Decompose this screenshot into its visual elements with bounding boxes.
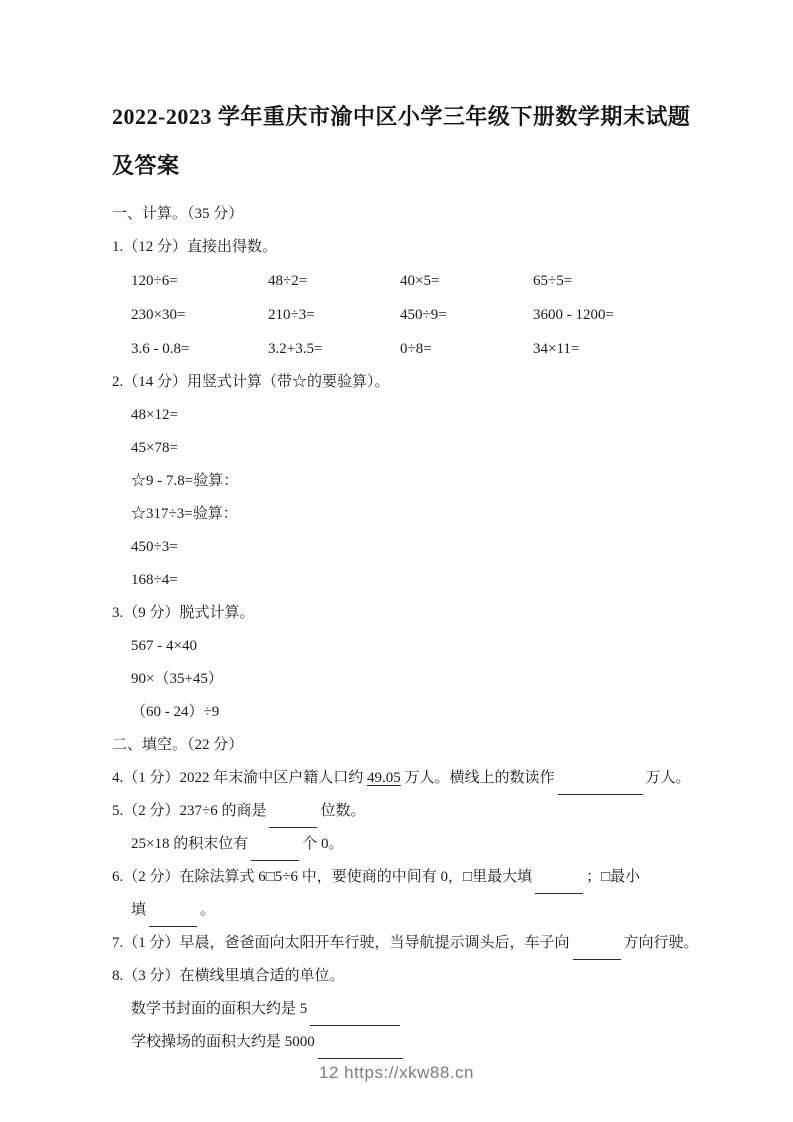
q8-line1-prefix: 数学书封面的面积大约是 5 — [131, 1001, 307, 1017]
page-title-line1: 2022-2023 学年重庆市渝中区小学三年级下册数学期末试题 — [112, 104, 690, 129]
q1-expression: 230×30= — [131, 298, 268, 332]
exam-page: 2022-2023 学年重庆市渝中区小学三年级下册数学期末试题及答案 一、计算。… — [0, 0, 793, 1122]
q4-mid: 万人。横线上的数读作 — [401, 770, 555, 786]
q2-expression: ☆317÷3=验算： — [112, 498, 707, 531]
q6-line1-suffix: ；□最小 — [586, 869, 640, 885]
fill-blank — [573, 943, 621, 960]
q5-line2-prefix: 25×18 的积末位有 — [131, 836, 248, 852]
page-title: 2022-2023 学年重庆市渝中区小学三年级下册数学期末试题及答案 — [112, 92, 707, 190]
q1-expression: 3600 - 1200= — [533, 298, 707, 332]
q1-label: 1.（12 分）直接出得数。 — [112, 231, 707, 264]
q6-line2-prefix: 填 — [131, 902, 146, 918]
page-title-line2: 及答案 — [112, 153, 180, 178]
q6-text-line2: 填。 — [112, 894, 707, 927]
q7-prefix: 7.（1 分）早晨，爸爸面向太阳开车行驶，当导航提示调头后，车子向 — [112, 935, 570, 951]
q1-expression: 0÷8= — [400, 332, 533, 366]
q2-expression: 45×78= — [112, 432, 707, 465]
q1-expression: 34×11= — [533, 332, 707, 366]
q5-text-line2: 25×18 的积末位有个 0。 — [112, 828, 707, 861]
q2-expression: 48×12= — [112, 399, 707, 432]
q3-expression: （60 - 24）÷9 — [112, 696, 707, 729]
q1-expression: 210÷3= — [268, 298, 400, 332]
q1-expression: 450÷9= — [400, 298, 533, 332]
q1-expression: 120÷6= — [131, 264, 268, 298]
q8-text-line2: 学校操场的面积大约是 5000 — [112, 1026, 707, 1059]
q2-expression: ☆9 - 7.8=验算： — [112, 465, 707, 498]
q8-text-line1: 数学书封面的面积大约是 5 — [112, 993, 707, 1026]
fill-blank — [318, 1042, 403, 1059]
q1-expression: 40×5= — [400, 264, 533, 298]
q6-line2-suffix: 。 — [200, 902, 215, 918]
q6-line1-prefix: 6.（2 分）在除法算式 6□5÷6 中，要使商的中间有 0，□里最大填 — [112, 869, 532, 885]
q5-line1-suffix: 位数。 — [320, 803, 365, 819]
fill-blank — [269, 811, 317, 828]
q3-label: 3.（9 分）脱式计算。 — [112, 597, 707, 630]
q1-expression: 48÷2= — [268, 264, 400, 298]
q4-suffix: 万人。 — [646, 770, 691, 786]
q8-line2-prefix: 学校操场的面积大约是 5000 — [131, 1034, 315, 1050]
fill-blank — [558, 778, 643, 795]
fill-blank — [310, 1009, 400, 1026]
q3-expression: 567 - 4×40 — [112, 630, 707, 663]
section2-heading: 二、填空。（22 分） — [112, 729, 707, 762]
q1-expression: 3.6 - 0.8= — [131, 332, 268, 366]
fill-blank — [535, 877, 583, 894]
q1-expression-grid: 120÷6= 48÷2= 40×5= 65÷5= 230×30= 210÷3= … — [131, 264, 707, 366]
q8-label: 8.（3 分）在横线里填合适的单位。 — [112, 960, 707, 993]
q7-suffix: 方向行驶。 — [624, 935, 699, 951]
q1-expression: 3.2+3.5= — [268, 332, 400, 366]
q2-label: 2.（14 分）用竖式计算（带☆的要验算）。 — [112, 366, 707, 399]
q7-text: 7.（1 分）早晨，爸爸面向太阳开车行驶，当导航提示调头后，车子向方向行驶。 — [112, 927, 707, 960]
q5-text-line1: 5.（2 分）237÷6 的商是位数。 — [112, 795, 707, 828]
q2-expression: 450÷3= — [112, 531, 707, 564]
section1-heading: 一、计算。（35 分） — [112, 198, 707, 231]
q6-text-line1: 6.（2 分）在除法算式 6□5÷6 中，要使商的中间有 0，□里最大填；□最小 — [112, 861, 707, 894]
q4-underlined-number: 49.05 — [367, 770, 401, 786]
q1-expression: 65÷5= — [533, 264, 707, 298]
page-footer-url: 12 https://xkw88.cn — [0, 1063, 793, 1083]
q3-expression: 90×（35+45） — [112, 663, 707, 696]
q5-line1-prefix: 5.（2 分）237÷6 的商是 — [112, 803, 266, 819]
q4-prefix: 4.（1 分）2022 年末渝中区户籍人口约 — [112, 770, 367, 786]
q5-line2-suffix: 个 0。 — [302, 836, 343, 852]
fill-blank — [251, 844, 299, 861]
q2-expression: 168÷4= — [112, 564, 707, 597]
q4-text: 4.（1 分）2022 年末渝中区户籍人口约 49.05 万人。横线上的数读作万… — [112, 762, 707, 795]
fill-blank — [149, 910, 197, 927]
